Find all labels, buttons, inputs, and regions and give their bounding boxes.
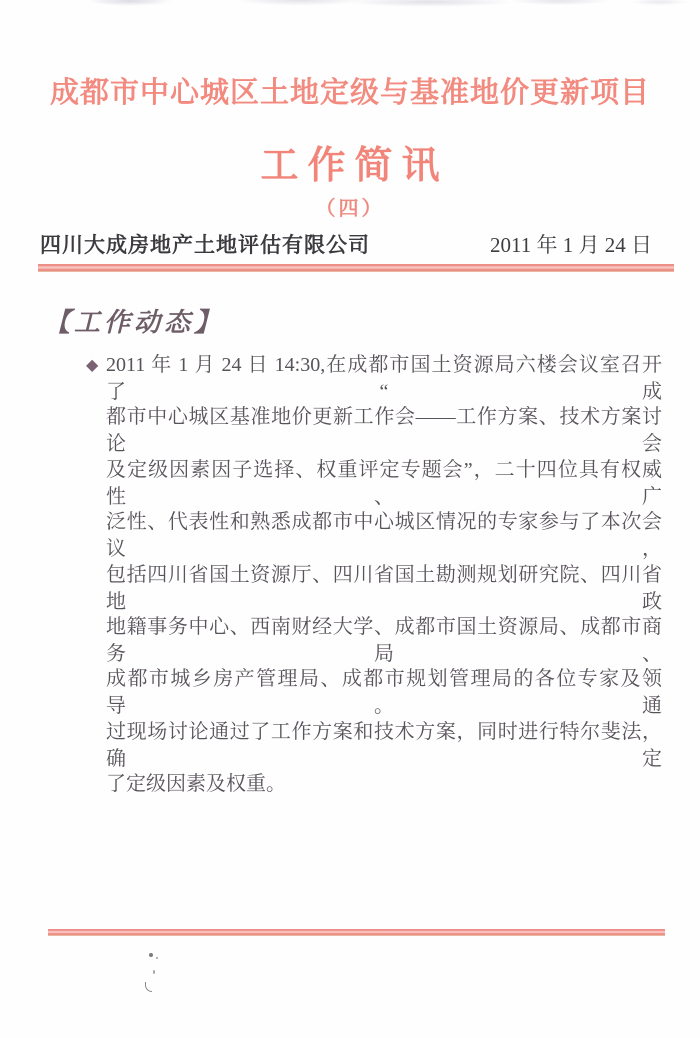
project-title: 成都市中心城区土地定级与基准地价更新项目 <box>0 70 700 111</box>
document-page: 成都市中心城区土地定级与基准地价更新项目 工作简讯 （四） 四川大成房地产土地评… <box>0 0 700 1038</box>
scan-artifact-top-edge <box>0 0 700 12</box>
scan-speck <box>149 953 153 957</box>
company-name: 四川大成房地产土地评估有限公司 <box>40 229 370 259</box>
scan-speck <box>153 970 155 974</box>
footer-rule-divider <box>48 929 665 936</box>
section-heading-work-updates: 【工作动态】 <box>44 302 224 339</box>
header-rule-divider <box>38 264 674 272</box>
paragraph-line: 泛性、代表性和熟悉成都市中心城区情况的专家参与了本次会议， <box>106 509 662 561</box>
paragraph-line: 2011 年 1 月 24 日 14:30,在成都市国土资源局六楼会议室召开了“… <box>106 352 662 404</box>
paragraph-line: 地籍事务中心、西南财经大学、成都市国土资源局、成都市商务局、 <box>106 614 662 666</box>
paragraph-line: 都市中心城区基准地价更新工作会——工作方案、技术方案讨论会 <box>106 404 662 456</box>
diamond-bullet-icon: ◆ <box>86 355 98 374</box>
paragraph-line: 及定级因素因子选择、权重评定专题会”，二十四位具有权威性、广 <box>106 457 662 509</box>
masthead-row: 四川大成房地产土地评估有限公司 2011 年 1 月 24 日 <box>40 229 655 255</box>
scan-speck <box>145 982 152 992</box>
news-item: ◆ 2011 年 1 月 24 日 14:30,在成都市国土资源局六楼会议室召开… <box>106 352 662 824</box>
paragraph-line: 过现场讨论通过了工作方案和技术方案，同时进行特尔斐法，确定 <box>106 719 662 771</box>
bulletin-title: 工作简讯 <box>0 134 700 189</box>
paragraph-line: 了定级因素及权重。 <box>106 771 662 823</box>
scan-speck <box>156 957 158 959</box>
issue-number: （四） <box>0 192 700 221</box>
issue-date: 2011 年 1 月 24 日 <box>490 229 652 259</box>
paragraph-line: 成都市城乡房产管理局、成都市规划管理局的各位专家及领导。通 <box>106 666 662 718</box>
paragraph-line: 包括四川省国土资源厅、四川省国土勘测规划研究院、四川省地政 <box>106 562 662 614</box>
